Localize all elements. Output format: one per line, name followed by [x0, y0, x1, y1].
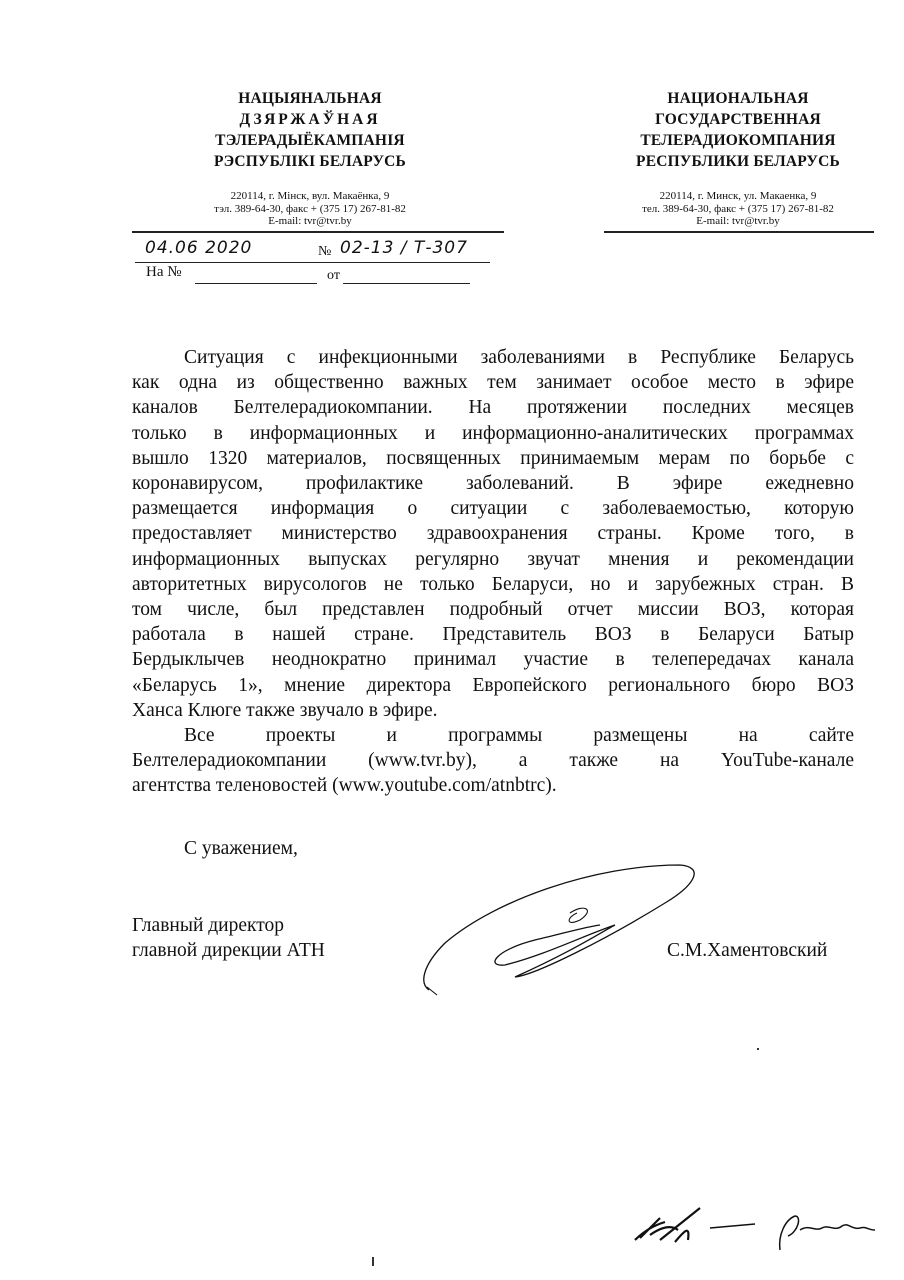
- body-line: «Беларусь 1», мнение директора Европейск…: [132, 673, 854, 698]
- signatory-position-line-2: главной дирекции АТН: [132, 938, 325, 963]
- header-right-title-line: РЕСПУБЛИКИ БЕЛАРУСЬ: [588, 151, 888, 172]
- header-left-address-line: E-mail: tvr@tvr.by: [160, 215, 460, 228]
- body-line: Ханса Клюге также звучало в эфире.: [132, 698, 854, 723]
- scan-speck: [757, 1048, 759, 1050]
- body-line: как одна из общественно важных тем заним…: [132, 370, 854, 395]
- header-left-title-line: РЭСПУБЛІКІ БЕЛАРУСЬ: [160, 151, 460, 172]
- body-line: только в информационных и информационно-…: [132, 421, 854, 446]
- handwritten-initials-icon: [630, 1200, 880, 1260]
- body-line: информационных выпусках регулярно звучат…: [132, 547, 854, 572]
- header-right-address-line: 220114, г. Минск, ул. Макаенка, 9: [588, 190, 888, 203]
- paragraph-2: Все проекты и программы размещены на сай…: [132, 723, 854, 799]
- reply-to-number-field: [195, 283, 317, 284]
- header-right-title: НАЦИОНАЛЬНАЯ ГОСУДАРСТВЕННАЯ ТЕЛЕРАДИОКО…: [588, 88, 888, 172]
- body-line: Бердыклычев неоднократно принимал участи…: [132, 647, 854, 672]
- body-line: Все проекты и программы размещены на сай…: [132, 723, 854, 748]
- header-left-title-line: ТЭЛЕРАДЫЁКАМПАНІЯ: [160, 130, 460, 151]
- header-right-rule: [604, 231, 874, 233]
- director-signature-icon: [415, 855, 705, 1005]
- body-line: коронавирусом, профилактике заболеваний.…: [132, 471, 854, 496]
- body-line: вышло 1320 материалов, посвященных прини…: [132, 446, 854, 471]
- from-label: от: [327, 268, 340, 284]
- body-line: предоставляет министерство здравоохранен…: [132, 521, 854, 546]
- header-right-address-line: тел. 389-64-30, факс + (375 17) 267-81-8…: [588, 203, 888, 216]
- header-left-title-line: ДЗЯРЖАЎНАЯ: [160, 109, 460, 130]
- signatory-position-line-1: Главный директор: [132, 913, 284, 938]
- scan-speck: [372, 1257, 374, 1266]
- header-left-rule: [132, 231, 504, 233]
- paragraph-1: Ситуация с инфекционными заболеваниями в…: [132, 345, 854, 723]
- reply-to-label: На №: [146, 264, 182, 281]
- header-right-title-line: ГОСУДАРСТВЕННАЯ: [588, 109, 888, 130]
- header-left-address-line: 220114, г. Мінск, вул. Макаёнка, 9: [160, 190, 460, 203]
- handwritten-date: 04.06 2020: [145, 238, 252, 258]
- header-left-title: НАЦЫЯНАЛЬНАЯ ДЗЯРЖАЎНАЯ ТЭЛЕРАДЫЁКАМПАНІ…: [160, 88, 460, 172]
- header-left-address-line: тэл. 389-64-30, факс + (375 17) 267-81-8…: [160, 203, 460, 216]
- header-right-address-line: E-mail: tvr@tvr.by: [588, 215, 888, 228]
- body-line: Белтелерадиокомпании (www.tvr.by), а так…: [132, 748, 854, 773]
- handwritten-number: 02-13 / Т-307: [340, 238, 468, 258]
- reply-from-date-field: [343, 283, 470, 284]
- reference-number-rule: [135, 262, 490, 263]
- body-line: Ситуация с инфекционными заболеваниями в…: [132, 345, 854, 370]
- header-right-title-line: НАЦИОНАЛЬНАЯ: [588, 88, 888, 109]
- number-label: №: [318, 244, 331, 260]
- body-line: авторитетных вирусологов не только Белар…: [132, 572, 854, 597]
- body-line: агентства теленовостей (www.youtube.com/…: [132, 773, 854, 798]
- header-right-address: 220114, г. Минск, ул. Макаенка, 9 тел. 3…: [588, 190, 888, 228]
- salutation: С уважением,: [184, 836, 298, 861]
- body-line: работала в нашей стране. Представитель В…: [132, 622, 854, 647]
- header-right-title-line: ТЕЛЕРАДИОКОМПАНИЯ: [588, 130, 888, 151]
- header-left-title-line: НАЦЫЯНАЛЬНАЯ: [160, 88, 460, 109]
- letter-body: Ситуация с инфекционными заболеваниями в…: [132, 345, 854, 799]
- header-left-address: 220114, г. Мінск, вул. Макаёнка, 9 тэл. …: [160, 190, 460, 228]
- body-line: размещается информация о ситуации с забо…: [132, 496, 854, 521]
- body-line: каналов Белтелерадиокомпании. На протяже…: [132, 395, 854, 420]
- body-line: том числе, был представлен подробный отч…: [132, 597, 854, 622]
